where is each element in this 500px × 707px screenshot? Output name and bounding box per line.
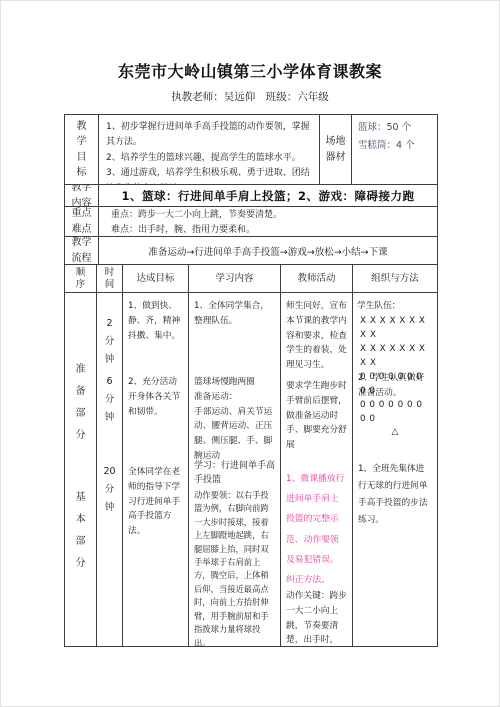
- column-header-order: 顺 序: [65, 265, 97, 293]
- teaching-content-label: 教学 内容: [65, 185, 99, 207]
- teacher-warmup2: 要求学生跑步时手臂前后摆臂，做准备运动时手、脚要充分舒展: [281, 379, 352, 453]
- teacher-column: 师生问好，宣布本节课的教学内容和要求，检查学生的着装，处理见习生。 要求学生跑步…: [281, 293, 353, 647]
- content-basic-detail: 动作要领：以右手投篮为例，右脚向前跨一大步时接球，接着上左脚蹬地起跳，右腿屈膝上…: [194, 489, 275, 647]
- teaching-flow-label: 教学 流程: [65, 237, 99, 265]
- teaching-flow-text: 准备运动→行进间单手高手投篮→游戏→放松→小结→下课: [99, 237, 438, 265]
- lesson-info-table: 教 学 目 标 1、初步掌握行进间单手高手投篮的动作要领，掌握其方法。 2、培养…: [64, 114, 438, 265]
- section-label-preparation: 准 备 部 分: [65, 359, 96, 447]
- org-warmup1: 学生队伍： X X X X X X X X X X X X X X X X X …: [353, 299, 437, 439]
- key-points-label: 重点 难点: [65, 207, 99, 237]
- org-teacher-marker: △: [357, 426, 433, 439]
- schedule-body: 准 备 部 分 基 本 部 分 2 分 钟 6 分 钟 20 分 钟 1、做到快…: [64, 292, 438, 647]
- org-warmup2: 2、学生认真做好准备活动。: [353, 371, 437, 401]
- order-column: 准 备 部 分 基 本 部 分: [65, 293, 97, 647]
- teacher-warmup1: 师生问好，宣布本节课的教学内容和要求，检查学生的着装，处理见习生。: [281, 299, 352, 373]
- goal-column: 1、做到快、静、齐，精神抖擞、集中。 2、充分活动开身体各关节和韧带。 全体同学…: [123, 293, 189, 647]
- column-header-content: 学习内容: [189, 265, 281, 293]
- column-header-goal: 达成目标: [123, 265, 189, 293]
- teacher-basic-highlight: 1、微课播放行进间单手肩上投篮的完整示范、动作要领及易犯错误、纠正方法。: [281, 469, 352, 590]
- column-header-teacher: 教师活动: [281, 265, 353, 293]
- content-warmup1: 1、全体同学集合，整理队伍。: [189, 299, 280, 329]
- schedule-header-row: 顺 序 时 间 达成目标 学习内容 教师活动 组织与方法: [64, 264, 438, 293]
- objectives-label: 教 学 目 标: [65, 115, 99, 185]
- content-warmup2: 篮球场慢跑两圈 准备运动： 手部运动、肩关节运动、腰背运动、正压腿、侧压腿、手、…: [189, 375, 280, 464]
- time-column: 2 分 钟 6 分 钟 20 分 钟: [97, 293, 123, 647]
- content-basic-title: 学习：行进间单手高手投篮: [194, 459, 275, 488]
- equipment-list: 篮球：50 个 雪糕筒：4 个: [352, 115, 438, 185]
- lesson-plan-page: 东莞市大岭山镇第三小学体育课教案 执教老师：吴远仰 班级：六年级 教 学 目 标…: [0, 0, 500, 707]
- org-basic: 1、全班先集体进行无球的行进间单手高手投篮的步法练习。: [353, 461, 437, 529]
- document-title: 东莞市大岭山镇第三小学体育课教案: [1, 59, 499, 82]
- time-warmup2: 6 分 钟: [97, 373, 122, 427]
- section-label-basic: 基 本 部 分: [65, 487, 96, 575]
- content-basic: 学习：行进间单手高手投篮 动作要领：以右手投篮为例，右脚向前跨一大步时接球，接着…: [189, 459, 280, 647]
- venue-equipment-label: 场地 器材: [320, 115, 352, 185]
- teacher-class-line: 执教老师：吴远仰 班级：六年级: [1, 89, 499, 104]
- time-basic: 20 分 钟: [97, 463, 122, 517]
- column-header-time: 时 间: [97, 265, 123, 293]
- goal-warmup1: 1、做到快、静、齐，精神抖擞、集中。: [123, 299, 188, 343]
- column-header-organization: 组织与方法: [353, 265, 438, 293]
- objectives-text: 1、初步掌握行进间单手高手投篮的动作要领，掌握其方法。 2、培养学生的篮球兴趣，…: [99, 115, 320, 185]
- org-formation-title: 学生队伍：: [357, 301, 400, 311]
- content-column: 1、全体同学集合，整理队伍。 篮球场慢跑两圈 准备运动： 手部运动、肩关节运动、…: [189, 293, 281, 647]
- time-warmup1: 2 分 钟: [97, 315, 122, 369]
- goal-warmup2: 2、充分活动开身体各关节和韧带。: [123, 375, 188, 419]
- key-points-text: 重点：跨步一大二小向上跳，节奏要清楚。 难点：出手时，腕、指用力要柔和。: [99, 207, 438, 237]
- teacher-basic-key: 动作关键：跨步一大二小向上跳，节奏要清楚，出手时，腕、指用力要柔和。: [281, 589, 352, 647]
- teaching-content-text: 1、篮球：行进间单手肩上投篮；2、游戏：障碍接力跑: [99, 185, 438, 207]
- organization-column: 学生队伍： X X X X X X X X X X X X X X X X X …: [353, 293, 438, 647]
- goal-basic: 全体同学在老师的指导下学习行进间单手高手投篮方法。: [123, 465, 188, 539]
